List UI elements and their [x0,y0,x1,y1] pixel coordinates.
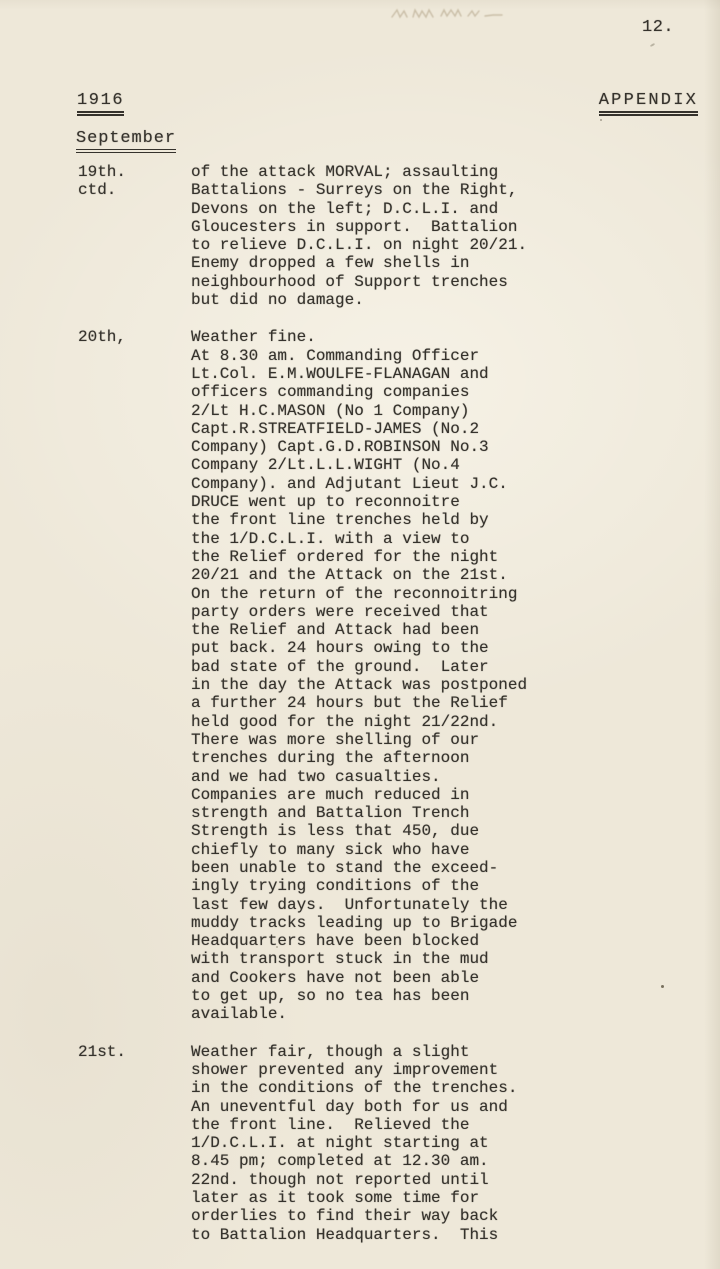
entry-text: Weather fair, though a slightshower prev… [191,1043,702,1244]
text-line: shower prevented any improvement [191,1061,702,1079]
text-line: 21st. [78,1043,191,1061]
text-line: the Relief and Attack had been [191,621,702,639]
diary-entry: 20th, Weather fine.At 8.30 am. Commandin… [78,328,702,1023]
text-line: last few days. Unfortunately the [191,896,702,914]
text-line: the 1/D.C.L.I. with a view to [191,530,702,548]
diary-entry: 21st. Weather fair, though a slightshowe… [78,1043,702,1244]
text-line: but did no damage. [191,291,702,309]
text-line: Companies are much reduced in [191,786,702,804]
text-line: 20/21 and the Attack on the 21st. [191,566,702,584]
text-line: a further 24 hours but the Relief [191,694,702,712]
text-line: 8.45 pm; completed at 12.30 am. [191,1152,702,1170]
text-line: been unable to stand the exceed- [191,859,702,877]
month-heading: September [76,129,176,153]
text-line: Lt.Col. E.M.WOULFE-FLANAGAN and [191,365,702,383]
text-line: neighbourhood of Support trenches [191,273,702,291]
paper-speck [416,262,418,264]
paper-speck [661,985,664,988]
text-line: ctd. [78,181,191,199]
text-line: Weather fair, though a slight [191,1043,702,1061]
text-line: Weather fine. [191,328,702,346]
paper-speck [650,43,655,47]
diary-entries: 19th.ctd. of the attack MORVAL; assaulti… [78,163,702,1244]
text-line: to Battalion Headquarters. This [191,1226,702,1244]
text-line: Capt.R.STREATFIELD-JAMES (No.2 [191,420,702,438]
text-line: 2/Lt H.C.MASON (No 1 Company) [191,402,702,420]
text-line: chiefly to many sick who have [191,841,702,859]
text-line: to get up, so no tea has been [191,987,702,1005]
document-page: 12. 1916 APPENDIX September 19th.ctd. of… [0,0,720,1269]
text-line: Gloucesters in support. Battalion [191,218,702,236]
text-line: held good for the night 21/22nd. [191,713,702,731]
text-line: 20th, [78,328,191,346]
text-line: in the conditions of the trenches. [191,1079,702,1097]
text-line: Devons on the left; D.C.L.I. and [191,200,702,218]
text-line: Headquarters have been blocked [191,932,702,950]
text-line: orderlies to find their way back [191,1207,702,1225]
page-number: 12. [642,18,674,37]
entry-date: 21st. [78,1043,191,1061]
text-line: Company 2/Lt.L.L.WIGHT (No.4 [191,456,702,474]
text-line: muddy tracks leading up to Brigade [191,914,702,932]
text-line: Company). and Adjutant Lieut J.C. [191,475,702,493]
entry-date: 19th.ctd. [78,163,191,200]
text-line: later as it took some time for [191,1189,702,1207]
text-line: bad state of the ground. Later [191,658,702,676]
text-line: of the attack MORVAL; assaulting [191,163,702,181]
text-line: put back. 24 hours owing to the [191,639,702,657]
paper-speck [600,119,602,121]
entry-date: 20th, [78,328,191,346]
faint-pencil-mark [388,3,520,27]
text-line: the front line. Relieved the [191,1116,702,1134]
text-line: and we had two casualties. [191,768,702,786]
year-heading: 1916 [77,91,124,116]
text-line: to relieve D.C.L.I. on night 20/21. [191,236,702,254]
text-line: available. [191,1005,702,1023]
text-line: the front line trenches held by [191,511,702,529]
text-line: There was more shelling of our [191,731,702,749]
text-line: 1/D.C.L.I. at night starting at [191,1134,702,1152]
entry-text: of the attack MORVAL; assaultingBattalio… [191,163,702,309]
text-line: Company) Capt.G.D.ROBINSON No.3 [191,438,702,456]
text-line: At 8.30 am. Commanding Officer [191,347,702,365]
text-line: strength and Battalion Trench [191,804,702,822]
text-line: trenches during the afternoon [191,749,702,767]
text-line: Enemy dropped a few shells in [191,254,702,272]
text-line: 19th. [78,163,191,181]
text-line: DRUCE went up to reconnoitre [191,493,702,511]
appendix-heading: APPENDIX [599,91,698,116]
page-header: 1916 APPENDIX [77,91,698,116]
text-line: officers commanding companies [191,383,702,401]
text-line: Battalions - Surreys on the Right, [191,181,702,199]
text-line: party orders were received that [191,603,702,621]
entry-text: Weather fine.At 8.30 am. Commanding Offi… [191,328,702,1023]
text-line: On the return of the reconnoitring [191,585,702,603]
paper-speck [276,946,278,948]
text-line: in the day the Attack was postponed [191,676,702,694]
text-line: ingly trying conditions of the [191,877,702,895]
text-line: the Relief ordered for the night [191,548,702,566]
text-line: Strength is less that 450, due [191,822,702,840]
text-line: and Cookers have not been able [191,969,702,987]
text-line: with transport stuck in the mud [191,950,702,968]
text-line: 22nd. though not reported until [191,1171,702,1189]
diary-entry: 19th.ctd. of the attack MORVAL; assaulti… [78,163,702,309]
text-line: An uneventful day both for us and [191,1098,702,1116]
